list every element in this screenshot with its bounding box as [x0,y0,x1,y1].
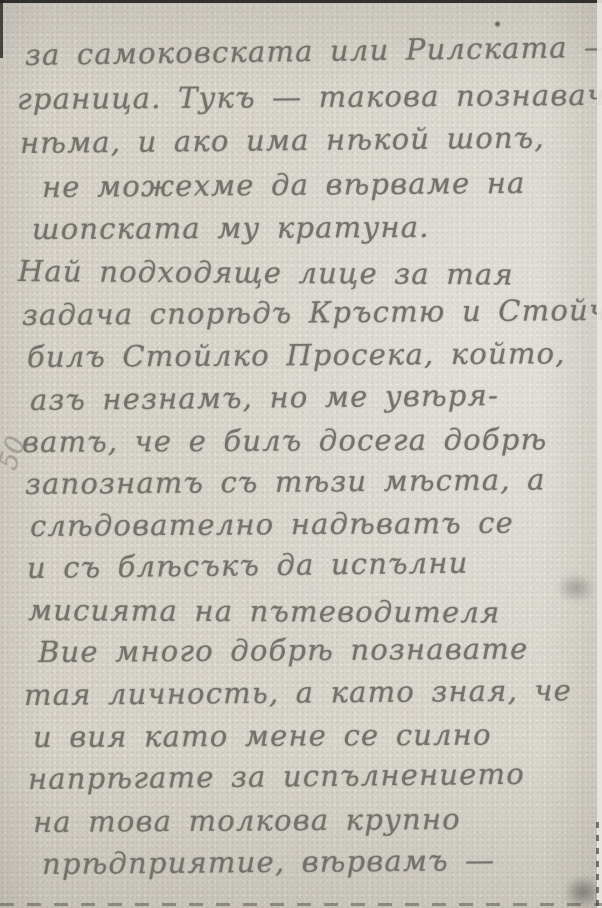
handwritten-line-11: запознатъ съ тѣзи мѣста, а [25,460,546,503]
handwritten-line-15: Вие много добрѣ познавате [38,630,529,671]
handwritten-line-18: напрѣгате за испълнението [28,755,525,798]
photo-frame-right-edge [596,822,599,908]
handwritten-line-5: шопската му кратуна. [32,208,430,248]
handwritten-line-7: задача спорѣдъ Кръстю и Стойча [22,291,602,334]
handwritten-line-6: Най подходяще лице за тая [18,252,514,293]
photo-frame-left-edge [0,0,3,58]
ink-spot [494,20,501,28]
handwritten-line-2: граница. Тукъ — такова познавачъ [17,76,602,118]
handwritten-line-20: прѣдприятие, вѣрвамъ — [42,841,496,883]
handwritten-line-16: тая личность, а като зная, че [24,671,572,714]
photo-frame-right-margin [597,0,602,908]
handwritten-line-1: за самоковската или Рилската — [25,28,602,74]
photo-frame-bottom-edge [0,903,602,906]
smudge-right-edge [556,573,596,603]
handwritten-line-10: ватъ, че е билъ досега добрѣ [22,420,548,461]
manuscript-page: 50 за самоковската или Рилската — границ… [0,0,602,908]
handwritten-line-9: азъ незнамъ, но ме увѣря- [30,376,499,419]
handwritten-line-19: на това толкова крупно [33,800,461,841]
handwritten-line-14: мисията на пътеводителя [28,591,501,631]
handwritten-line-17: и вия като мене се силно [33,716,492,756]
photo-frame-top-edge [0,0,602,3]
handwritten-line-8: билъ Стойлко Просека, който, [27,334,566,376]
handwritten-line-3: нѣма, и ако има нѣкой шопъ, [20,119,545,162]
stain-bottom-corner [564,876,602,908]
handwritten-line-4: не можехме да вѣрваме на [42,164,526,206]
handwritten-line-12: слѣдователно надѣватъ се [30,504,514,545]
handwritten-line-13: и съ блѣсъкъ да испълни [27,544,469,587]
